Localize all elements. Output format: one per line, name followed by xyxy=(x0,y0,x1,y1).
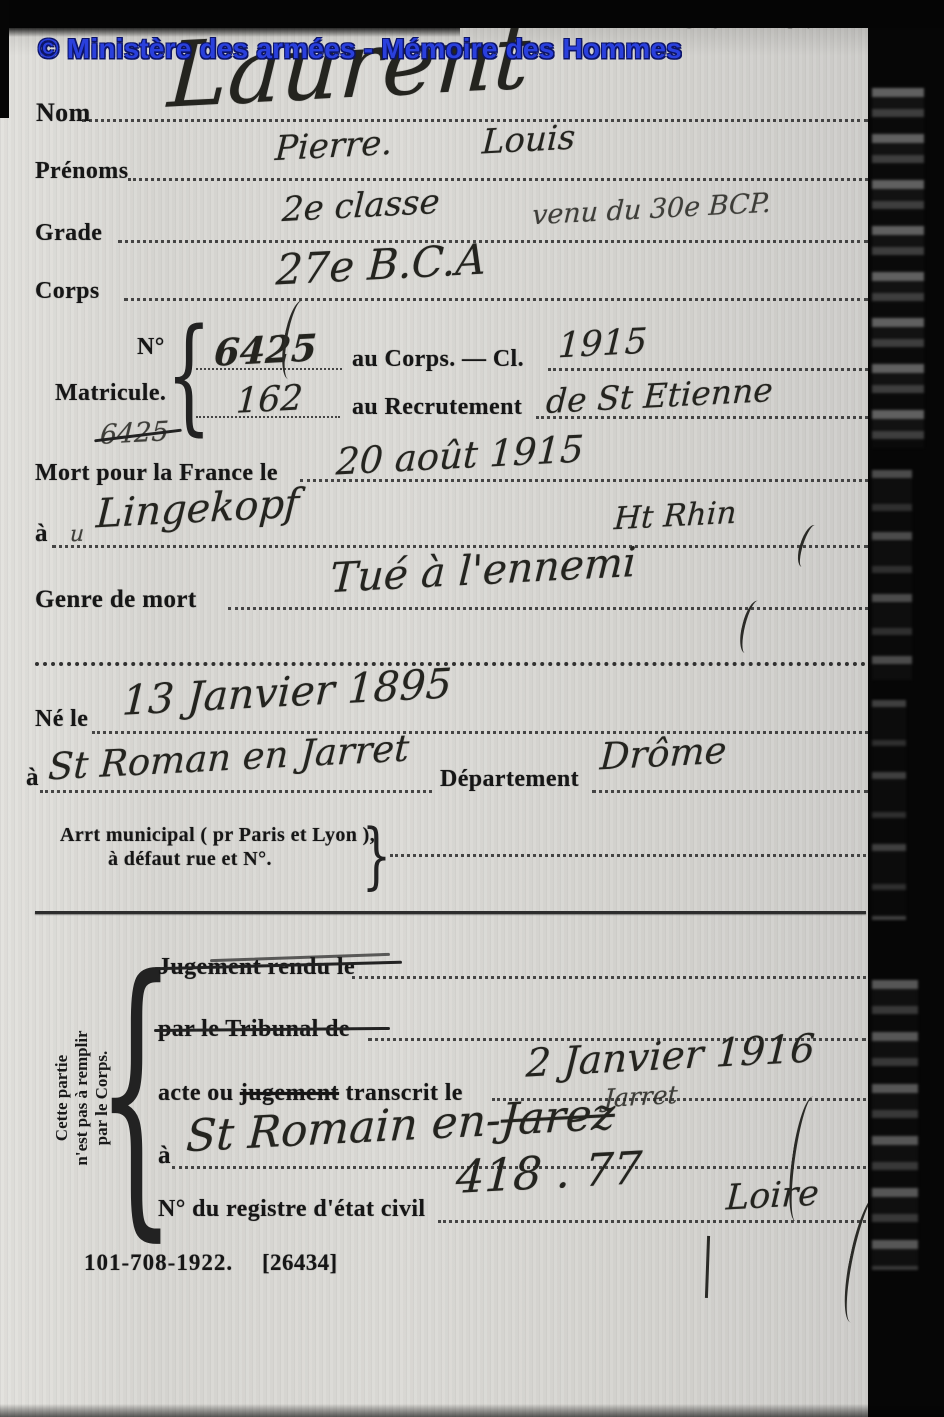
grade-value: 2e classe xyxy=(281,182,441,230)
scanned-death-record: PARTIE À REMPLIR PAR LE CORPS. Nom Préno… xyxy=(0,0,944,1417)
departement-value: Drôme xyxy=(599,729,728,779)
watermark-text: © Ministère des armées - Mémoire des Hom… xyxy=(38,33,682,65)
transcrit-label-struck: jugement xyxy=(240,1080,339,1106)
dotted-line xyxy=(390,854,866,857)
dotted-line xyxy=(124,298,868,301)
lieu-mort-region: Ht Rhin xyxy=(613,495,737,538)
scan-left-edge xyxy=(0,0,9,118)
binding-smudge xyxy=(872,980,918,1270)
imprint-number: 101-708-1922. xyxy=(84,1250,233,1276)
dotted-line xyxy=(228,607,868,610)
dotted-line xyxy=(592,790,868,793)
registre-label: N° du registre d'état civil xyxy=(158,1196,425,1223)
binding-smudge xyxy=(872,88,924,448)
side-note-line1: Cette partie xyxy=(52,978,72,1218)
prenoms-value-2: Louis xyxy=(481,117,576,162)
naissance-label: à xyxy=(26,764,39,792)
dotted-line xyxy=(352,976,866,979)
scan-top-edge xyxy=(0,0,944,28)
binding-smudge xyxy=(872,700,906,920)
matricule-label-line1: N° xyxy=(137,334,165,361)
binding-smudge xyxy=(872,470,912,680)
au-corps-label: au Corps. — Cl. xyxy=(352,346,524,373)
horizontal-rule xyxy=(35,911,866,914)
dotted-line xyxy=(92,731,868,734)
arrt-brace: } xyxy=(362,819,392,892)
grade-label: Grade xyxy=(35,220,102,247)
registre-value: 418 . 77 xyxy=(455,1141,644,1204)
lieu-value-struck: Jarez xyxy=(500,1089,617,1146)
dotted-line xyxy=(548,368,868,371)
dotted-line xyxy=(128,178,868,181)
departement-label: Département xyxy=(440,766,579,793)
au-recrutement-label: au Recrutement xyxy=(352,394,522,421)
dotted-line xyxy=(40,790,432,793)
dotted-line xyxy=(438,1220,866,1223)
arrt-label-line2: à défaut rue et N°. xyxy=(108,848,272,871)
matricule-label-line2: Matricule. xyxy=(55,380,166,407)
lieu-mort-prefix: u xyxy=(69,522,84,548)
ne-le-label: Né le xyxy=(35,706,88,733)
lieu-transcription-label: à xyxy=(158,1142,171,1170)
scan-bottom-edge xyxy=(0,1404,944,1417)
corps-label: Corps xyxy=(35,278,100,305)
genre-mort-label: Genre de mort xyxy=(35,586,197,614)
lieu-correction: Jarret xyxy=(603,1080,678,1113)
prenoms-label: Prénoms xyxy=(35,158,128,185)
matricule-recrutement-value: 162 xyxy=(235,378,304,422)
arrt-label-line1: Arrt municipal ( pr Paris et Lyon ), xyxy=(60,824,375,847)
matricule-classe-value: 1915 xyxy=(557,322,648,367)
nom-label: Nom xyxy=(36,98,91,128)
transcrit-label-part1: acte ou xyxy=(158,1080,240,1106)
lieu-mort-label: à xyxy=(35,520,48,548)
dotted-line xyxy=(118,240,868,243)
imprint-reference: [26434] xyxy=(262,1250,338,1276)
prenoms-value-1: Pierre. xyxy=(274,123,393,169)
side-note-line2: n'est pas à remplir xyxy=(72,978,92,1218)
matricule-brace: { xyxy=(166,313,212,438)
